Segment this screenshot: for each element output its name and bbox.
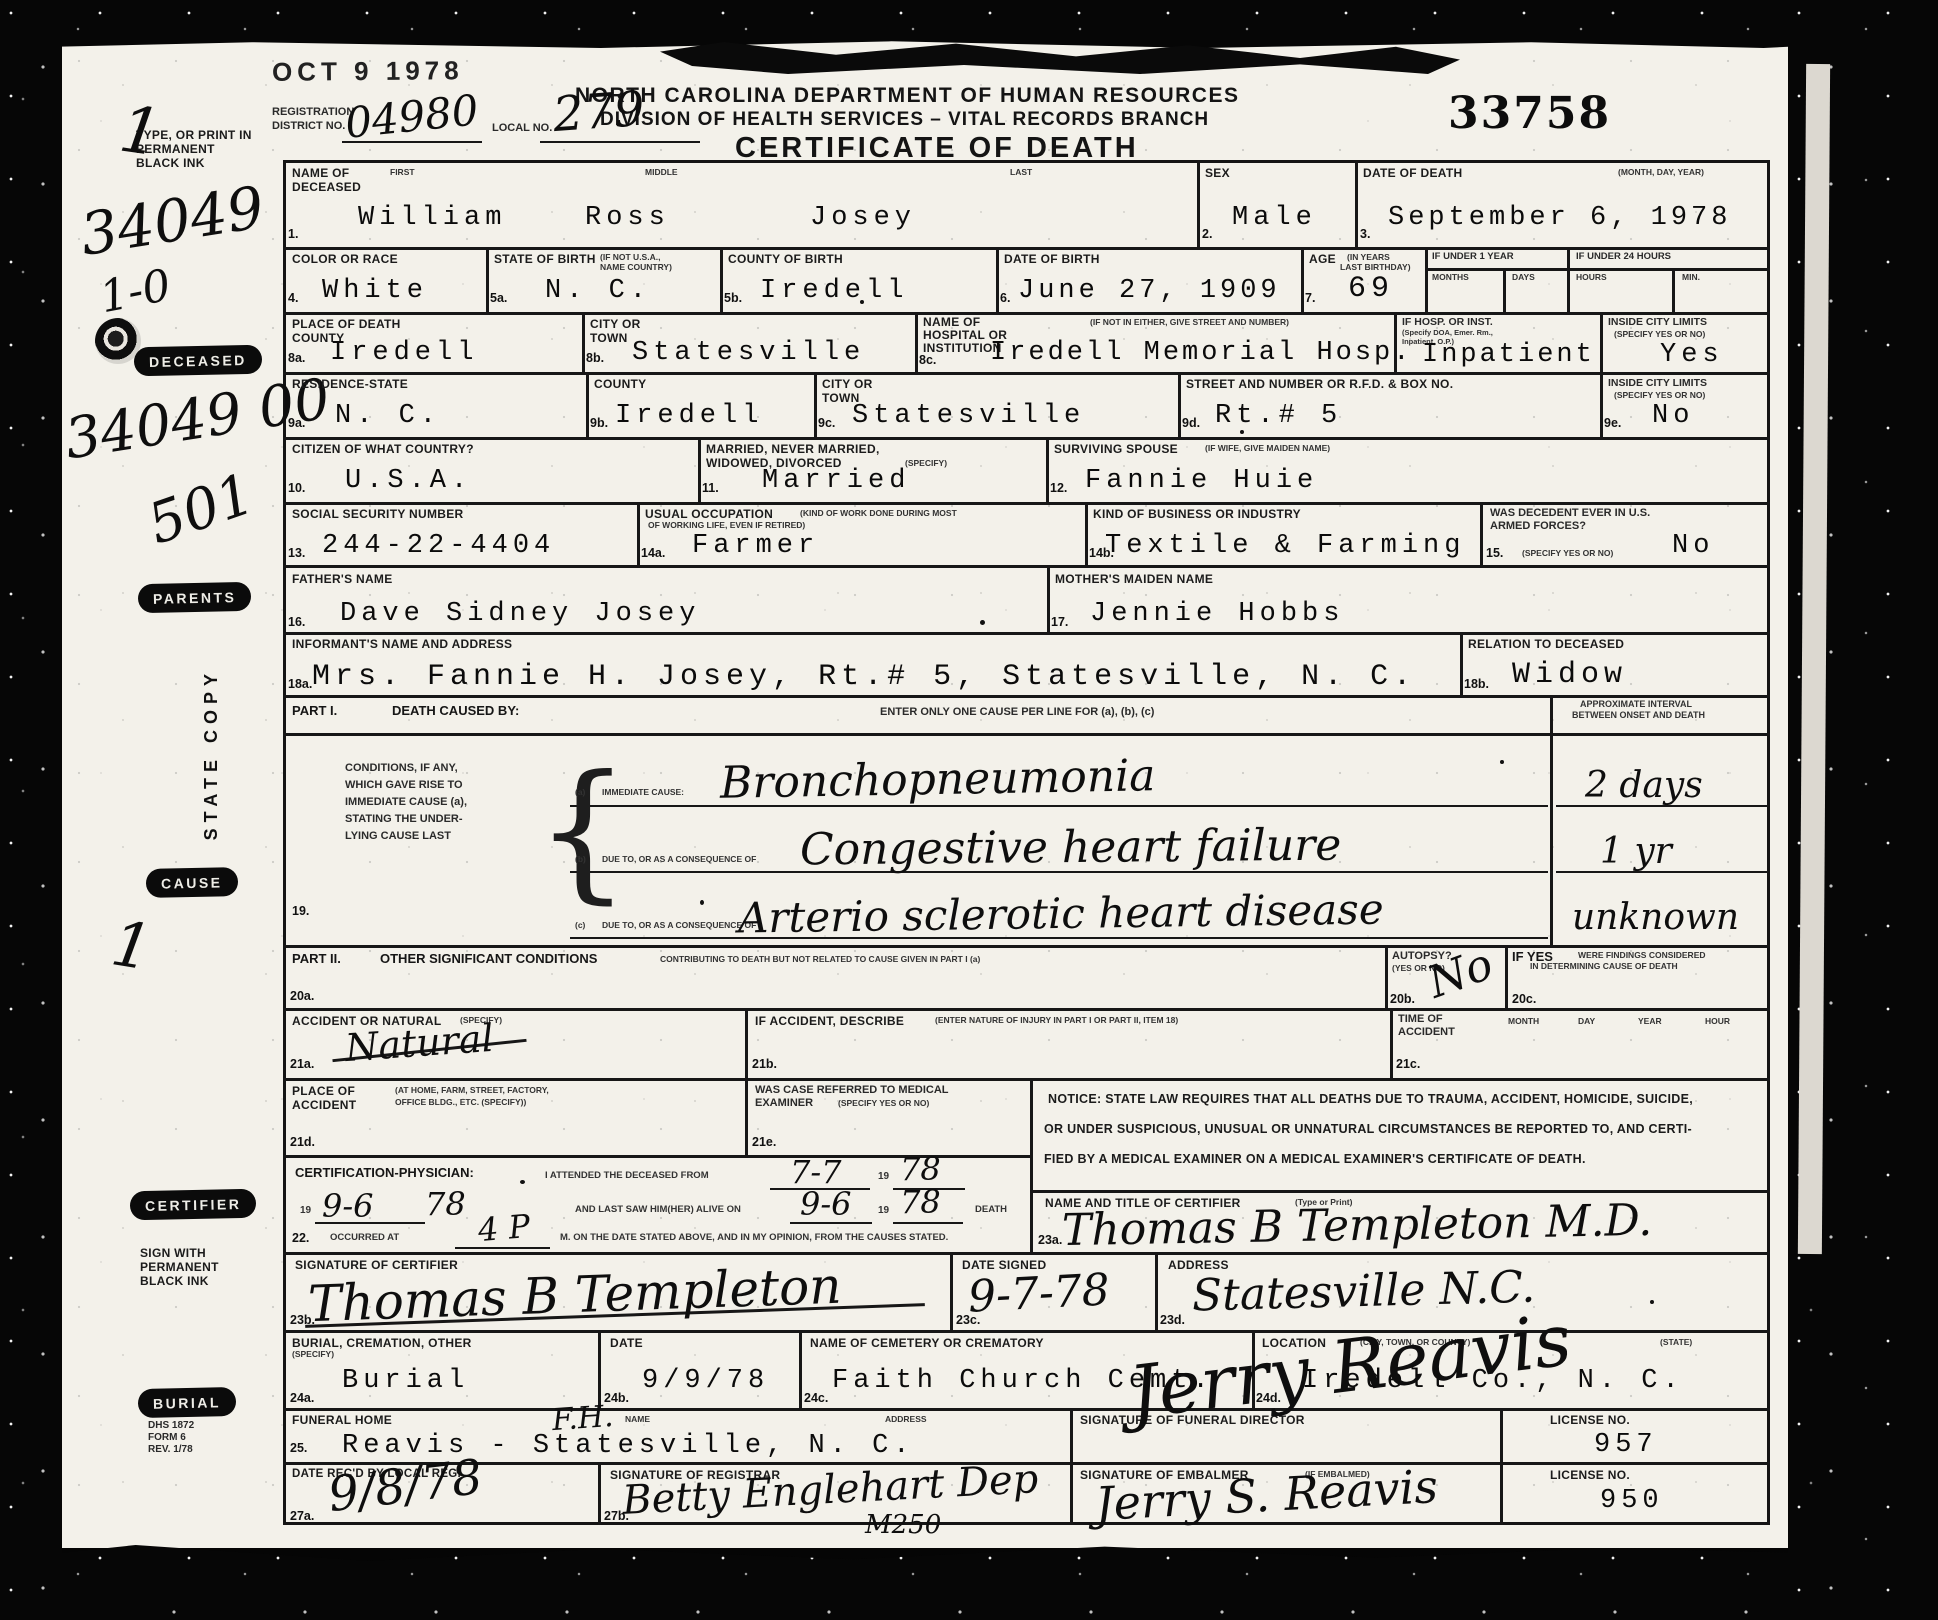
field-number-14a: 14a. [641, 547, 665, 560]
date-of-birth-label: DATE OF BIRTH [1004, 252, 1100, 266]
occupation-sublabel1: (KIND OF WORK DONE DURING MOST [800, 509, 957, 518]
field-number-2: 2. [1202, 228, 1212, 241]
scan-edge-right [1788, 0, 1938, 1620]
field-number-24a: 24a. [290, 1392, 314, 1405]
scanned-death-certificate: OCT 9 1978 NORTH CAROLINA DEPARTMENT OF … [0, 0, 1938, 1620]
grid-line [637, 502, 640, 565]
value-place-of-death-county: Iredell [330, 340, 478, 367]
place-of-accident-sublabel2: OFFICE BLDG., ETC. (SPECIFY)) [395, 1098, 526, 1107]
part2-sublabel: CONTRIBUTING TO DEATH BUT NOT RELATED TO… [660, 955, 980, 964]
value-embalmer-license: 950 [1600, 1488, 1664, 1515]
residence-state-label: RESIDENCE-STATE [292, 377, 408, 391]
field-number-23a: 23a. [1038, 1234, 1062, 1247]
field-number-19: 19. [292, 905, 309, 918]
grid-line [720, 247, 723, 312]
mother-label: MOTHER'S MAIDEN NAME [1055, 572, 1213, 586]
tab-burial: BURIAL [138, 1387, 236, 1418]
grid-line [745, 1008, 748, 1155]
grid-line [1480, 502, 1483, 565]
grid-line [996, 247, 999, 312]
last-saw-label: AND LAST SAW HIM(HER) ALIVE ON [575, 1205, 741, 1215]
pod-city-label-line1: CITY OR [590, 317, 641, 331]
field-number-20a: 20a. [290, 990, 314, 1003]
value-middle-name: Ross [585, 205, 670, 232]
sign-instruction-line3: BLACK INK [140, 1274, 209, 1288]
relation-label: RELATION TO DECEASED [1468, 637, 1624, 651]
armed-forces-sublabel: (SPECIFY YES OR NO) [1522, 549, 1613, 558]
value-burial-date: 9/9/78 [642, 1368, 769, 1395]
grid-line [283, 632, 1770, 635]
time-month-label: MONTH [1508, 1017, 1539, 1026]
scan-speck [1240, 430, 1244, 434]
value-age: 69 [1348, 274, 1394, 304]
value-director-license: 957 [1594, 1432, 1658, 1459]
notice-line2: OR UNDER SUSPICIOUS, UNUSUAL OR UNNATURA… [1044, 1122, 1692, 1137]
burial-date-label: DATE [610, 1336, 643, 1350]
field-number-25: 25. [290, 1442, 307, 1455]
grid-line [1197, 160, 1200, 247]
armed-forces-label-line2: ARMED FORCES? [1490, 520, 1586, 533]
value-informant: Mrs. Fannie H. Josey, Rt.# 5, Statesvill… [312, 662, 1416, 692]
embalmer-license-label: LICENSE NO. [1550, 1468, 1630, 1482]
grid-line [1030, 1078, 1033, 1252]
value-mother: Jennie Hobbs [1090, 601, 1344, 628]
field-number-22: 22. [292, 1232, 309, 1245]
residence-city-label-line1: CITY OR [822, 377, 873, 391]
referred-label-line1: WAS CASE REFERRED TO MEDICAL [755, 1084, 949, 1097]
local-number-label: LOCAL NO. [492, 122, 552, 135]
time-of-accident-label-line1: TIME OF [1398, 1013, 1443, 1026]
cause-a-tag: (a) [575, 788, 585, 797]
printed-19-b: 19 [300, 1205, 311, 1216]
value-state-of-birth: N. C. [545, 278, 651, 305]
cert-rule [893, 1222, 963, 1224]
field-number-24c: 24c. [804, 1392, 828, 1405]
grid-line [283, 247, 1770, 250]
field-number-21d: 21d. [290, 1136, 315, 1149]
grid-line [283, 1408, 1770, 1411]
name-middle-sublabel: MIDDLE [645, 168, 678, 177]
field-number-9c: 9c. [818, 417, 835, 430]
field-number-8a: 8a. [288, 352, 305, 365]
value-inside-city-limits2: No [1652, 403, 1694, 430]
scan-edge-left [0, 0, 62, 1620]
attended-to-date-handwritten: 9-6 [322, 1190, 374, 1222]
time-day-label: DAY [1578, 1017, 1595, 1026]
referred-sublabel: (SPECIFY YES OR NO) [838, 1099, 929, 1108]
referred-label-line2: EXAMINER [755, 1097, 813, 1110]
field-number-8c: 8c. [919, 354, 936, 367]
part2-label: PART II. [292, 952, 341, 967]
brace-glyph: { [535, 756, 630, 906]
grid-line [586, 372, 589, 437]
form-title: CERTIFICATE OF DEATH [735, 132, 1139, 165]
value-first-name: William [358, 205, 506, 232]
grid-line [283, 437, 1770, 440]
cemetery-label: NAME OF CEMETERY OR CREMATORY [810, 1336, 1044, 1350]
value-hospital: Iredell Memorial Hosp. [990, 340, 1412, 367]
pod-city-label-line2: TOWN [590, 331, 628, 345]
spouse-label: SURVIVING SPOUSE [1054, 442, 1178, 456]
tab-parents: PARENTS [138, 582, 252, 613]
place-of-accident-label-line1: PLACE OF [292, 1084, 355, 1098]
field-number-3: 3. [1360, 228, 1370, 241]
grid-line [1672, 268, 1675, 312]
field-number-17: 17. [1051, 616, 1068, 629]
conditions-note-line2: WHICH GAVE RISE TO [345, 779, 463, 792]
occupation-sublabel2: OF WORKING LIFE, EVEN IF RETIRED) [648, 521, 805, 530]
local-number-handwritten: 279 [551, 85, 646, 139]
date-of-death-label: DATE OF DEATH [1363, 166, 1462, 180]
interval-header-line2: BETWEEN ONSET AND DEATH [1572, 711, 1705, 721]
name-last-sublabel: LAST [1010, 168, 1032, 177]
grid-line [283, 695, 1770, 698]
field-number-21b: 21b. [752, 1058, 777, 1071]
field-number-27a: 27a. [290, 1510, 314, 1523]
value-father: Dave Sidney Josey [340, 601, 700, 628]
attended-from-date-handwritten: 7-7 [790, 1156, 842, 1188]
funeral-name-sublabel: NAME [625, 1415, 650, 1424]
printed-19-a: 19 [878, 1171, 889, 1182]
tab-certifier: CERTIFIER [130, 1189, 257, 1221]
funeral-address-sublabel: ADDRESS [885, 1415, 927, 1424]
grid-line [283, 565, 1770, 568]
time-year-label: YEAR [1638, 1017, 1662, 1026]
ssn-label: SOCIAL SECURITY NUMBER [292, 507, 464, 521]
cause-c-label: DUE TO, OR AS A CONSEQUENCE OF [602, 921, 756, 930]
field-number-8b: 8b. [586, 352, 604, 365]
race-label: COLOR OR RACE [292, 252, 398, 266]
if-hosp-sublabel1: (Specify DOA, Emer. Rm., [1402, 329, 1493, 337]
field-number-5b: 5b. [724, 292, 742, 305]
field-number-9e: 9e. [1604, 417, 1621, 430]
date-received-stamp: OCT 9 1978 [272, 55, 464, 88]
conditions-note-line4: STATING THE UNDER- [345, 813, 463, 826]
state-of-birth-sublabel1: (IF NOT U.S.A., [600, 253, 660, 262]
notice-line1: NOTICE: STATE LAW REQUIRES THAT ALL DEAT… [1048, 1092, 1693, 1107]
inside-city-limits2-sublabel: (SPECIFY YES OR NO) [1614, 391, 1705, 400]
under-1-year-label: IF UNDER 1 YEAR [1432, 252, 1514, 263]
if-yes-sublabel2: IN DETERMINING CAUSE OF DEATH [1530, 962, 1678, 971]
field-number-16: 16. [288, 616, 305, 629]
inside-city-limits1-sublabel: (SPECIFY YES OR NO) [1614, 330, 1705, 339]
scan-speck [1650, 1300, 1654, 1304]
spouse-sublabel: (IF WIFE, GIVE MAIDEN NAME) [1205, 444, 1330, 453]
attended-to-year-handwritten: 78 [425, 1188, 466, 1220]
value-marital: Married [762, 468, 910, 495]
grid-line [814, 372, 817, 437]
county-of-birth-label: COUNTY OF BIRTH [728, 252, 843, 266]
sex-label: SEX [1205, 166, 1230, 180]
cause-c-tag: (c) [575, 921, 585, 930]
division-header: DIVISION OF HEALTH SERVICES – VITAL RECO… [600, 109, 1209, 131]
value-armed-forces: No [1672, 533, 1714, 560]
sign-instruction-line2: PERMANENT [140, 1260, 219, 1274]
under-1-year-months-label: MONTHS [1432, 273, 1469, 282]
grid-line [950, 1252, 953, 1330]
value-county-of-birth: Iredell [760, 278, 908, 305]
inside-city-limits1-label: INSIDE CITY LIMITS [1608, 316, 1707, 328]
field-number-18b: 18b. [1464, 678, 1489, 691]
father-label: FATHER'S NAME [292, 572, 393, 586]
registrar-note-handwritten: M250 [865, 1512, 941, 1538]
interval-b-handwritten: 1 yr [1600, 834, 1672, 870]
conditions-note-line3: IMMEDIATE CAUSE (a), [345, 796, 467, 809]
grid-line [1500, 1408, 1503, 1525]
location-sublabel2: (STATE) [1660, 1338, 1692, 1347]
conditions-note-line5: LYING CAUSE LAST [345, 830, 451, 843]
inside-city-limits2-label: INSIDE CITY LIMITS [1608, 377, 1707, 389]
occurred-at-label: OCCURRED AT [330, 1233, 399, 1243]
date-signed-handwritten: 9-7-78 [967, 1268, 1111, 1319]
last-saw-year-handwritten: 78 [900, 1186, 941, 1218]
grid-line [1178, 372, 1181, 437]
name-label-line1: NAME OF [292, 166, 349, 180]
under-1-year-days-label: DAYS [1512, 273, 1535, 282]
scan-speck [1500, 760, 1504, 764]
attended-from-year-handwritten: 78 [900, 1153, 941, 1185]
value-last-name: Josey [810, 205, 916, 232]
certification-label: CERTIFICATION-PHYSICIAN: [295, 1166, 474, 1181]
certificate-number: 33758 [1448, 88, 1611, 139]
margin-number-1-0: 1-0 [96, 264, 174, 321]
field-number-20c: 20c. [1512, 993, 1536, 1006]
age-sublabel2: LAST BIRTHDAY) [1340, 263, 1411, 272]
burial-type-sublabel: (SPECIFY) [292, 1350, 334, 1359]
value-ssn: 244-22-4404 [322, 533, 555, 560]
part1-label: PART I. [292, 704, 337, 719]
value-place-of-death-city: Statesville [632, 340, 865, 367]
field-number-21e: 21e. [752, 1136, 776, 1149]
interval-a-handwritten: 2 days [1585, 768, 1703, 804]
if-hosp-label: IF HOSP. OR INST. [1402, 316, 1493, 328]
grid-line [1567, 247, 1570, 312]
registration-label-line2: DISTRICT NO. [272, 120, 345, 133]
occurred-time-handwritten: 4 P [477, 1210, 532, 1246]
value-citizen: U.S.A. [345, 468, 472, 495]
cause-b-handwritten: Congestive heart failure [800, 824, 1342, 873]
grid-line [283, 1252, 1770, 1255]
if-yes-sublabel1: WERE FINDINGS CONSIDERED [1578, 951, 1706, 960]
field-number-9d: 9d. [1182, 417, 1200, 430]
state-of-birth-sublabel2: NAME COUNTRY) [600, 263, 672, 272]
marital-sublabel: (SPECIFY) [905, 459, 947, 468]
value-date-of-death: September 6, 1978 [1388, 205, 1731, 232]
field-number-12: 12. [1050, 482, 1067, 495]
hospital-sublabel: (IF NOT IN EITHER, GIVE STREET AND NUMBE… [1090, 318, 1289, 327]
scan-speck [700, 900, 704, 905]
tab-deceased: DECEASED [134, 345, 262, 377]
under-24-hours-min-label: MIN. [1682, 273, 1700, 282]
department-header: NORTH CAROLINA DEPARTMENT OF HUMAN RESOU… [575, 84, 1240, 108]
value-residence-county: Iredell [615, 403, 763, 430]
grid-line [1425, 247, 1428, 312]
cause-a-label: IMMEDIATE CAUSE: [602, 788, 684, 797]
place-of-death-label-line1: PLACE OF DEATH [292, 317, 401, 331]
armed-forces-label-line1: WAS DECEDENT EVER IN U.S. [1490, 507, 1650, 520]
attended-from-label: I ATTENDED THE DECEASED FROM [545, 1171, 709, 1181]
scan-edge-top [0, 0, 1938, 48]
grid-line [598, 1462, 601, 1525]
value-business: Textile & Farming [1105, 533, 1465, 560]
death-word-label: DEATH [975, 1205, 1007, 1215]
field-number-5a: 5a. [490, 292, 507, 305]
field-number-15: 15. [1486, 547, 1503, 560]
part2-conditions-label: OTHER SIGNIFICANT CONDITIONS [380, 952, 597, 967]
value-residence-city: Statesville [852, 403, 1085, 430]
business-label: KIND OF BUSINESS OR INDUSTRY [1093, 507, 1301, 521]
grid-line [582, 312, 585, 372]
grid-line [698, 437, 701, 502]
grid-line [283, 1008, 1770, 1011]
conditions-note-line1: CONDITIONS, IF ANY, [345, 762, 458, 775]
marital-label-line1: MARRIED, NEVER MARRIED, [706, 442, 880, 456]
grid-line [486, 247, 489, 312]
value-spouse: Fannie Huie [1085, 468, 1318, 495]
field-number-7: 7. [1305, 292, 1315, 305]
grid-line [283, 312, 1770, 315]
field-number-11: 11. [702, 482, 719, 495]
name-first-sublabel: FIRST [390, 168, 415, 177]
grid-line [1070, 1408, 1073, 1525]
director-license-label: LICENSE NO. [1550, 1413, 1630, 1427]
interval-c-handwritten: unknown [1572, 900, 1739, 936]
grid-line [799, 1330, 802, 1408]
field-number-18a: 18a. [288, 678, 312, 691]
grid-line [1390, 1008, 1393, 1078]
grid-line [283, 733, 1770, 736]
scan-speck [980, 620, 985, 625]
certifier-name-handwritten: Thomas B Templeton M.D. [1062, 1199, 1653, 1253]
time-of-accident-label-line2: ACCIDENT [1398, 1026, 1455, 1039]
adjacent-page-edge [1798, 64, 1830, 1254]
place-of-accident-sublabel1: (AT HOME, FARM, STREET, FACTORY, [395, 1086, 549, 1095]
interval-header-line1: APPROXIMATE INTERVAL [1580, 700, 1692, 710]
part1-enter-note: ENTER ONLY ONE CAUSE PER LINE FOR (a), (… [880, 706, 1154, 719]
field-number-23d: 23d. [1160, 1314, 1185, 1327]
field-number-21c: 21c. [1396, 1058, 1420, 1071]
field-number-20b: 20b. [1390, 993, 1415, 1006]
date-of-death-sublabel: (MONTH, DAY, YEAR) [1618, 168, 1704, 177]
sign-instruction-line1: SIGN WITH [140, 1246, 206, 1260]
value-residence-street: Rt.# 5 [1215, 403, 1342, 430]
time-hour-label: HOUR [1705, 1017, 1730, 1026]
field-number-1: 1. [288, 228, 298, 241]
grid-line [1155, 1252, 1158, 1330]
registration-label-line1: REGISTRATION [272, 106, 354, 119]
field-number-9b: 9b. [590, 417, 608, 430]
cause-c-handwritten: Arterio sclerotic heart disease [738, 888, 1384, 939]
grid-line [283, 502, 1770, 505]
grid-line [1355, 160, 1358, 247]
if-accident-describe-label: IF ACCIDENT, DESCRIBE [755, 1014, 904, 1028]
field-number-6: 6. [1000, 292, 1010, 305]
grid-line [1600, 312, 1603, 437]
informant-label: INFORMANT'S NAME AND ADDRESS [292, 637, 512, 651]
scan-edge-bottom [0, 1545, 1938, 1620]
grid-line [1085, 502, 1088, 565]
residence-street-label: STREET AND NUMBER OR R.F.D. & BOX NO. [1186, 377, 1453, 391]
grid-line [1505, 945, 1508, 1008]
place-of-accident-label-line2: ACCIDENT [292, 1098, 356, 1112]
field-number-21a: 21a. [290, 1058, 314, 1071]
cause-b-label: DUE TO, OR AS A CONSEQUENCE OF [602, 855, 756, 864]
value-burial-type: Burial [342, 1368, 469, 1395]
grid-line [1385, 945, 1388, 1008]
value-if-hosp: Inpatient [1422, 342, 1595, 369]
residence-county-label: COUNTY [594, 377, 646, 391]
state-copy-label: STATE COPY [202, 668, 220, 840]
value-residence-state: N. C. [335, 403, 441, 430]
grid-line [283, 945, 1770, 948]
value-race: White [322, 278, 428, 305]
part1-caused-by-label: DEATH CAUSED BY: [392, 704, 519, 719]
last-saw-date-handwritten: 9-6 [800, 1188, 852, 1220]
accident-natural-handwritten: Natural [344, 1019, 495, 1067]
if-accident-describe-sublabel: (ENTER NATURE OF INJURY IN PART I OR PAR… [935, 1016, 1178, 1025]
grid-line [283, 372, 1770, 375]
value-occupation: Farmer [692, 533, 819, 560]
field-number-9a: 9a. [288, 417, 305, 430]
age-label: AGE [1309, 252, 1336, 266]
printed-19-c: 19 [878, 1205, 889, 1216]
grid-line [1047, 565, 1050, 632]
grid-line [915, 312, 918, 372]
grid-line [1460, 632, 1463, 695]
form-code-line3: REV. 1/78 [148, 1444, 193, 1456]
state-of-birth-label: STATE OF BIRTH [494, 252, 596, 266]
grid-line [1301, 247, 1304, 312]
funeral-home-label: FUNERAL HOME [292, 1413, 392, 1427]
tab-cause: CAUSE [146, 867, 238, 898]
grid-line [1425, 268, 1770, 271]
field-number-10: 10. [288, 482, 305, 495]
value-inside-city-limits1: Yes [1660, 342, 1724, 369]
grid-line [1503, 268, 1506, 312]
value-date-of-birth: June 27, 1909 [1018, 278, 1281, 305]
scan-speck [860, 300, 864, 304]
value-relation: Widow [1512, 660, 1627, 690]
notice-line3: FIED BY A MEDICAL EXAMINER ON A MEDICAL … [1044, 1152, 1586, 1167]
grid-line [283, 1078, 1770, 1081]
form-code-line2: FORM 6 [148, 1432, 186, 1444]
value-sex: Male [1232, 205, 1317, 232]
grid-line [1046, 437, 1049, 502]
scan-speck [520, 1180, 525, 1184]
cert-rule [455, 1247, 550, 1249]
citizen-label: CITIZEN OF WHAT COUNTRY? [292, 442, 474, 456]
name-label-line2: DECEASED [292, 180, 361, 194]
cause-a-rule [570, 805, 1548, 807]
under-24-hours-hours-label: HOURS [1576, 273, 1607, 282]
cause-b-tag: (b) [575, 855, 586, 864]
grid-line [598, 1330, 601, 1408]
occurred-rest-label: M. ON THE DATE STATED ABOVE, AND IN MY O… [560, 1233, 948, 1243]
under-24-hours-label: IF UNDER 24 HOURS [1576, 252, 1671, 263]
form-code-line1: DHS 1872 [148, 1420, 194, 1432]
cause-a-handwritten: Bronchopneumonia [720, 754, 1156, 806]
age-sublabel1: (IN YEARS [1347, 253, 1390, 262]
grid-line [1550, 695, 1553, 945]
field-number-4: 4. [288, 292, 298, 305]
field-number-13: 13. [288, 547, 305, 560]
grid-line [1030, 1190, 1770, 1193]
